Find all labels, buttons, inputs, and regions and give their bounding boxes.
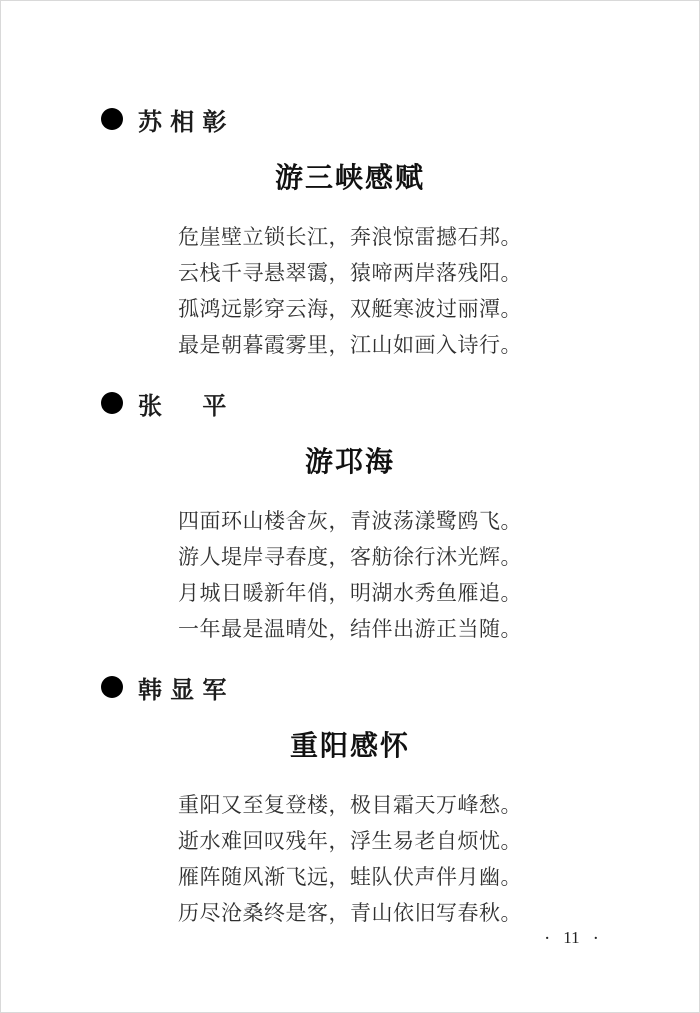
author-bullet-icon (101, 108, 123, 130)
poem-title: 游三峡感赋 (1, 161, 699, 195)
poem-line: 雁阵随风渐飞远，蛙队伏声伴月幽。 (1, 859, 699, 895)
author-bullet-icon (101, 676, 123, 698)
poem-line: 四面环山楼舍灰，青波荡漾鹭鸥飞。 (1, 503, 699, 539)
poem-body: 重阳又至复登楼，极目霜天万峰愁。 逝水难回叹残年，浮生易老自烦忧。 雁阵随风渐飞… (1, 787, 699, 931)
poem-body: 四面环山楼舍灰，青波荡漾鹭鸥飞。 游人堤岸寻春度，客舫徐行沐光辉。 月城日暖新年… (1, 503, 699, 647)
poem-line: 游人堤岸寻春度，客舫徐行沐光辉。 (1, 539, 699, 575)
poem-line: 最是朝暮霞雾里，江山如画入诗行。 (1, 327, 699, 363)
poem-line: 云栈千寻悬翠霭，猿啼两岸落残阳。 (1, 255, 699, 291)
author-name: 韩显军 (138, 670, 234, 705)
author-row: 张 平 (101, 387, 699, 419)
page-number-dot-right-icon: · (593, 929, 599, 948)
author-row: 韩显军 (101, 671, 699, 703)
author-bullet-icon (101, 392, 123, 414)
poem-title: 重阳感怀 (1, 729, 699, 763)
poem-line: 逝水难回叹残年，浮生易老自烦忧。 (1, 823, 699, 859)
poem-line: 重阳又至复登楼，极目霜天万峰愁。 (1, 787, 699, 823)
poem-line: 孤鸿远影穿云海，双艇寒波过丽潭。 (1, 291, 699, 327)
page-content: 苏相彰 游三峡感赋 危崖壁立锁长江，奔浪惊雷撼石邦。 云栈千寻悬翠霭，猿啼两岸落… (1, 1, 699, 931)
poem-section-3: 韩显军 重阳感怀 重阳又至复登楼，极目霜天万峰愁。 逝水难回叹残年，浮生易老自烦… (1, 671, 699, 931)
page-number: · 11 · (544, 928, 599, 948)
poem-line: 一年最是温晴处，结伴出游正当随。 (1, 611, 699, 647)
page-number-value: 11 (563, 928, 579, 948)
poem-section-1: 苏相彰 游三峡感赋 危崖壁立锁长江，奔浪惊雷撼石邦。 云栈千寻悬翠霭，猿啼两岸落… (1, 103, 699, 363)
author-name: 苏相彰 (138, 102, 234, 137)
book-page: 苏相彰 游三峡感赋 危崖壁立锁长江，奔浪惊雷撼石邦。 云栈千寻悬翠霭，猿啼两岸落… (0, 0, 700, 1013)
poem-line: 危崖壁立锁长江，奔浪惊雷撼石邦。 (1, 219, 699, 255)
poem-line: 月城日暖新年俏，明湖水秀鱼雁追。 (1, 575, 699, 611)
poem-line: 历尽沧桑终是客，青山依旧写春秋。 (1, 895, 699, 931)
page-number-dot-left-icon: · (544, 929, 550, 948)
poem-body: 危崖壁立锁长江，奔浪惊雷撼石邦。 云栈千寻悬翠霭，猿啼两岸落残阳。 孤鸿远影穿云… (1, 219, 699, 363)
poem-section-2: 张 平 游邛海 四面环山楼舍灰，青波荡漾鹭鸥飞。 游人堤岸寻春度，客舫徐行沐光辉… (1, 387, 699, 647)
author-name: 张 平 (138, 386, 234, 421)
author-row: 苏相彰 (101, 103, 699, 135)
poem-title: 游邛海 (1, 445, 699, 479)
